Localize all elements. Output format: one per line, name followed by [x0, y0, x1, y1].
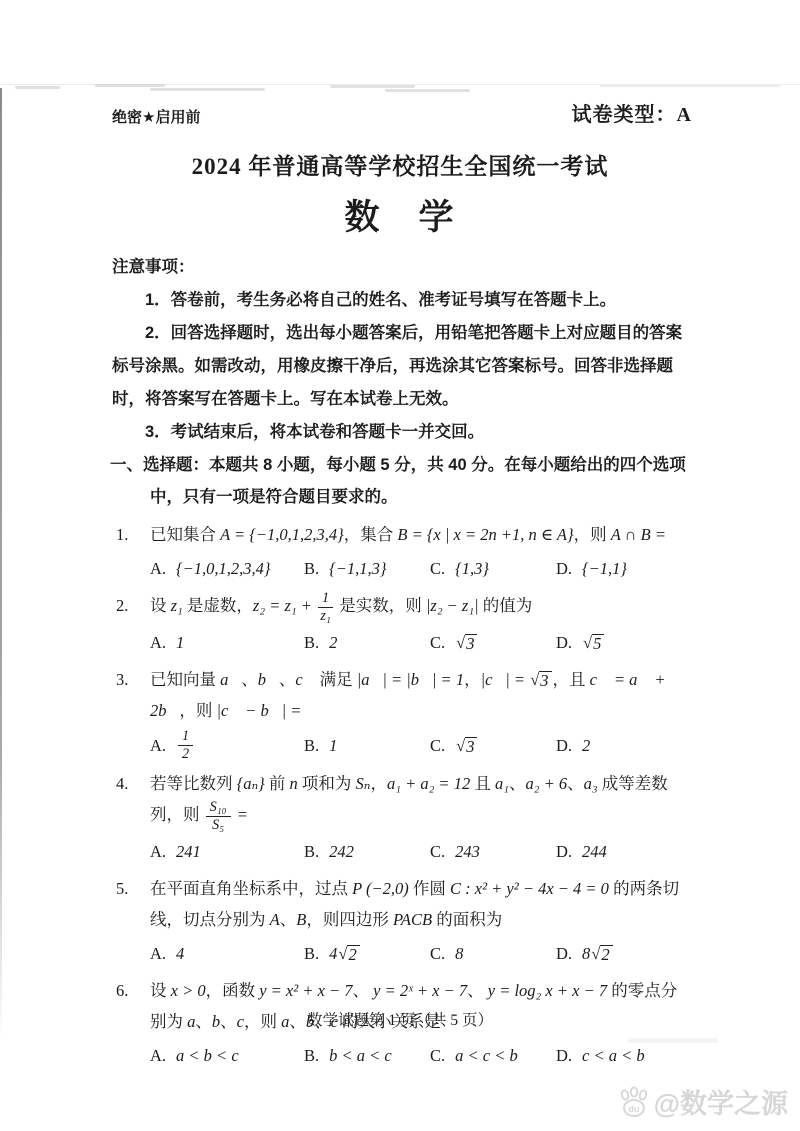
text-run: 、 — [241, 670, 258, 689]
math-run: a₁ — [495, 774, 509, 793]
paper-type-label: 试卷类型：A — [572, 98, 692, 127]
question-text: 已知集合 A = {−1,0,1,2,3,4}，集合 B = {x | x = … — [150, 519, 692, 550]
math-run: 1 — [329, 736, 337, 755]
option-content: 4 — [176, 938, 184, 969]
option-content: {−1,1} — [582, 553, 627, 584]
option: C. √3 — [430, 627, 556, 658]
option-content: 8 — [455, 938, 463, 969]
fraction: 12 — [178, 729, 193, 762]
question-options: A. a < b < c B. b < a < c C. a < c — [150, 1040, 692, 1071]
text-run: ， — [370, 774, 387, 793]
option: B. 4√2 — [304, 938, 430, 969]
option: B. 1 — [304, 730, 430, 761]
exam-title: 2024 年普通高等学校招生全国统一考试 — [0, 148, 800, 181]
option-label: C. — [430, 836, 445, 867]
radical-sign: √ — [338, 945, 347, 964]
question: 4. 若等比数列 {aₙ} 前 n 项和为 Sₙ，a₁ + a₂ = 12 且 … — [110, 768, 692, 867]
math-run: c < a < b — [582, 1046, 645, 1065]
option: A. 1 — [150, 627, 304, 658]
option: D. 244 — [556, 836, 692, 867]
scan-artifact — [385, 89, 470, 92]
math-run: 243 — [455, 842, 480, 861]
math-run: z₁ — [171, 596, 183, 615]
math-run: 241 — [176, 842, 201, 861]
text-run: 作圆 — [409, 879, 450, 898]
text-run: ，则 — [574, 525, 611, 544]
text-run: 设 — [150, 596, 171, 615]
text-run: 且 — [470, 774, 495, 793]
radical-sign: √ — [583, 634, 592, 653]
text-run: 已知向量 — [150, 670, 220, 689]
radical-sign: √ — [591, 945, 600, 964]
radical-content: 3 — [465, 634, 477, 654]
text-run: 的面积为 — [432, 910, 502, 929]
option: B. 242 — [304, 836, 430, 867]
option: C. {1,3} — [430, 553, 556, 584]
math-run: |z₂ − z₁| — [426, 596, 479, 615]
option-label: C. — [430, 1040, 445, 1071]
radical-content: 5 — [592, 634, 604, 654]
option-label: C. — [430, 730, 445, 761]
math-run: a < c < b — [455, 1046, 518, 1065]
math-run: B = {x | x = 2n +1, n ∈ A} — [397, 525, 573, 544]
text-run: 、 — [567, 774, 584, 793]
question-section: 一、选择题：本题共 8 小题，每小题 5 分，共 40 分。在每小题给出的四个选… — [110, 449, 692, 1071]
questions-list: 1. 已知集合 A = {−1,0,1,2,3,4}，集合 B = {x | x… — [110, 519, 692, 1071]
option-label: A. — [150, 553, 166, 584]
option: C. 8 — [430, 938, 556, 969]
option-label: D. — [556, 730, 572, 761]
text-run: 、 — [467, 981, 488, 1000]
math-run: A ∩ B = — [611, 525, 666, 544]
baidu-paw-icon: du — [617, 1086, 651, 1118]
question-text: 已知向量 a⃗、b⃗、c⃗ 满足 |a⃗| = |b⃗| = 1，|c⃗| = … — [150, 664, 692, 726]
option: D. {−1,1} — [556, 553, 692, 584]
notice-item: 3．考试结束后，将本试卷和答题卡一并交回。 — [112, 416, 690, 449]
option-content: √3 — [455, 627, 478, 658]
math-run: b⃗ — [258, 670, 279, 689]
question-number: 1. — [116, 519, 128, 550]
question: 2. 设 z₁ 是虚数，z₂ = z₁ + 1z₁ 是实数，则 |z₂ − z₁… — [110, 590, 692, 658]
option-content: 12 — [176, 729, 195, 763]
text-run: 是虚数， — [183, 596, 253, 615]
math-run: {−1,0,1,2,3,4} — [176, 559, 270, 578]
question-text: 若等比数列 {aₙ} 前 n 项和为 Sₙ，a₁ + a₂ = 12 且 a₁、… — [150, 768, 692, 833]
radical-sign: √ — [530, 671, 539, 690]
question-text: 设 z₁ 是虚数，z₂ = z₁ + 1z₁ 是实数，则 |z₂ − z₁| 的… — [150, 590, 692, 624]
notice-items: 1．答卷前，考生务必将自己的姓名、准考证号填写在答题卡上。 2．回答选择题时，选… — [112, 284, 690, 449]
math-run: b < a < c — [329, 1046, 392, 1065]
math-run: {−1,1,3} — [329, 559, 386, 578]
question-number: 4. — [116, 768, 128, 799]
scan-artifact — [95, 84, 165, 87]
math-run: P (−2,0) — [352, 879, 409, 898]
option: B. 2 — [304, 627, 430, 658]
text-run: 、 — [353, 981, 374, 1000]
option: A. 12 — [150, 729, 304, 763]
question-options: A. 241 B. 242 C. 243 — [150, 836, 692, 867]
option-label: D. — [556, 627, 572, 658]
radical-content: 3 — [465, 737, 477, 757]
option: D. 8√2 — [556, 938, 692, 969]
option-label: C. — [430, 938, 445, 969]
option-label: B. — [304, 1040, 319, 1071]
option-label: B. — [304, 938, 319, 969]
radical: √2 — [591, 945, 612, 965]
notice-item: 2．回答选择题时，选出每小题答案后，用铅笔把答题卡上对应题目的答案标号涂黑。如需… — [112, 317, 690, 416]
option: B. b < a < c — [304, 1040, 430, 1071]
text-run: ，集合 — [344, 525, 398, 544]
option-content: b < a < c — [329, 1040, 392, 1071]
fraction: 1z₁ — [318, 591, 333, 624]
option: A. {−1,0,1,2,3,4} — [150, 553, 304, 584]
math-run: z₂ = z₁ + — [253, 596, 316, 615]
math-run: 2 — [329, 633, 337, 652]
option-content: a < b < c — [176, 1040, 239, 1071]
notice-heading: 注意事项： — [112, 251, 690, 284]
math-run: B — [296, 910, 306, 929]
exam-paper-page: 绝密★启用前 试卷类型：A 2024 年普通高等学校招生全国统一考试 数 学 注… — [0, 0, 800, 1131]
option-label: D. — [556, 553, 572, 584]
math-run: C : x² + y² − 4x − 4 = 0 — [450, 879, 609, 898]
option-content: 1 — [176, 627, 184, 658]
option-content: 241 — [176, 836, 201, 867]
option: C. a < c < b — [430, 1040, 556, 1071]
option-label: A. — [150, 836, 166, 867]
option-label: B. — [304, 553, 319, 584]
math-run: a₃ — [584, 774, 598, 793]
option-content: 244 — [582, 836, 607, 867]
math-run: c⃗ — [295, 670, 315, 689]
subject-title: 数 学 — [0, 190, 800, 240]
option-content: {−1,1,3} — [329, 553, 386, 584]
text-run: ，且 — [553, 670, 590, 689]
scan-artifact — [600, 85, 780, 87]
math-run: y = 2ˣ + x − 7 — [373, 981, 467, 1000]
option-content: 2 — [329, 627, 337, 658]
option-content: c < a < b — [582, 1040, 645, 1071]
option-label: A. — [150, 730, 166, 761]
option-label: C. — [430, 553, 445, 584]
radical: √2 — [338, 945, 359, 965]
math-run: 242 — [329, 842, 354, 861]
text-run: ，函数 — [206, 981, 260, 1000]
math-run: 244 — [582, 842, 607, 861]
option: A. 241 — [150, 836, 304, 867]
scan-artifact — [15, 86, 60, 89]
option-content: 4√2 — [329, 938, 361, 969]
math-run: n — [290, 774, 298, 793]
question: 5. 在平面直角坐标系中，过点 P (−2,0) 作圆 C : x² + y² … — [110, 873, 692, 969]
option: B. {−1,1,3} — [304, 553, 430, 584]
option: C. 243 — [430, 836, 556, 867]
text-run: 在平面直角坐标系中，过点 — [150, 879, 352, 898]
scan-artifact — [150, 88, 265, 91]
text-run: 是实数，则 — [335, 596, 426, 615]
option: A. a < b < c — [150, 1040, 304, 1071]
question: 3. 已知向量 a⃗、b⃗、c⃗ 满足 |a⃗| = |b⃗| = 1，|c⃗|… — [110, 664, 692, 763]
option: A. 4 — [150, 938, 304, 969]
text-run: 项和为 — [298, 774, 356, 793]
math-run: {1,3} — [455, 559, 489, 578]
question-number: 2. — [116, 590, 128, 621]
fraction-denominator: S₅ — [206, 817, 231, 833]
option-label: D. — [556, 938, 572, 969]
question-options: A. 1 B. 2 C. √3 — [150, 627, 692, 658]
math-run: a < b < c — [176, 1046, 239, 1065]
option-label: A. — [150, 1040, 166, 1071]
fraction: S₁₀S₅ — [206, 800, 231, 833]
text-run: 若等比数列 — [150, 774, 237, 793]
math-run: x > 0 — [171, 981, 206, 1000]
radical-content: 2 — [600, 945, 612, 965]
text-run: 前 — [265, 774, 290, 793]
question-options: A. {−1,0,1,2,3,4} B. {−1,1,3} C. { — [150, 553, 692, 584]
math-run: 4 — [329, 944, 337, 963]
option-label: D. — [556, 836, 572, 867]
question-text: 在平面直角坐标系中，过点 P (−2,0) 作圆 C : x² + y² − 4… — [150, 873, 692, 935]
option-label: B. — [304, 627, 319, 658]
math-run: 2 — [582, 736, 590, 755]
text-run: 设 — [150, 981, 171, 1000]
option: D. √5 — [556, 627, 692, 658]
fraction-denominator: z₁ — [318, 608, 333, 624]
option-label: B. — [304, 730, 319, 761]
option-label: D. — [556, 1040, 572, 1071]
radical-content: 2 — [347, 945, 359, 965]
text-run: 、 — [279, 670, 296, 689]
radical-sign: √ — [456, 737, 465, 756]
text-run: 、 — [509, 774, 526, 793]
question-number: 6. — [116, 975, 128, 1006]
page-header: 绝密★启用前 试卷类型：A — [112, 98, 692, 127]
option-content: {1,3} — [455, 553, 489, 584]
math-run: a₂ + 6 — [525, 774, 567, 793]
scan-artifact — [330, 85, 415, 88]
math-run: |a⃗| = |b⃗| = 1 — [357, 670, 464, 689]
math-run: = — [233, 805, 248, 824]
page-footer: 数学试题第 1 页（共 5 页） — [0, 1008, 800, 1030]
math-run: a⃗ — [220, 670, 241, 689]
option-content: 1 — [329, 730, 337, 761]
text-run: 已知集合 — [150, 525, 220, 544]
text-run: 、 — [280, 910, 297, 929]
option-content: 242 — [329, 836, 354, 867]
option: D. c < a < b — [556, 1040, 692, 1071]
radical: √5 — [583, 634, 604, 654]
text-run: 满足 — [315, 670, 356, 689]
watermark-text: @数学之源 — [654, 1082, 788, 1121]
option-content: √3 — [455, 730, 478, 761]
text-run: ，则四边形 — [306, 910, 393, 929]
option: D. 2 — [556, 730, 692, 761]
question-options: A. 4 B. 4√2 C. 8 — [150, 938, 692, 969]
math-run: y = x² + x − 7 — [259, 981, 352, 1000]
option-label: A. — [150, 627, 166, 658]
option-content: a < c < b — [455, 1040, 518, 1071]
option-content: 2 — [582, 730, 590, 761]
math-run: |c⃗| = — [481, 670, 530, 689]
math-run: a₁ + a₂ = 12 — [387, 774, 470, 793]
math-run: A — [270, 910, 280, 929]
question-number: 3. — [116, 664, 128, 695]
fraction-numerator: 1 — [318, 591, 333, 608]
fraction-numerator: S₁₀ — [206, 800, 231, 817]
radical: √3 — [456, 737, 477, 757]
notice-block: 注意事项： 1．答卷前，考生务必将自己的姓名、准考证号填写在答题卡上。 2．回答… — [112, 251, 690, 449]
text-run: ， — [464, 670, 481, 689]
math-run: 4 — [176, 944, 184, 963]
option-label: C. — [430, 627, 445, 658]
radical: √3 — [456, 634, 477, 654]
option-label: B. — [304, 836, 319, 867]
option-content: 243 — [455, 836, 480, 867]
text-run: ，则 — [179, 701, 216, 720]
radical: √3 — [530, 671, 551, 691]
notice-item: 1．答卷前，考生务必将自己的姓名、准考证号填写在答题卡上。 — [112, 284, 690, 317]
option-label: A. — [150, 938, 166, 969]
option-content: {−1,0,1,2,3,4} — [176, 553, 270, 584]
question: 1. 已知集合 A = {−1,0,1,2,3,4}，集合 B = {x | x… — [110, 519, 692, 584]
watermark: du @数学之源 — [617, 1082, 788, 1121]
option: C. √3 — [430, 730, 556, 761]
math-run: |c⃗ − b⃗| = — [216, 701, 301, 720]
section-heading: 一、选择题：本题共 8 小题，每小题 5 分，共 40 分。在每小题给出的四个选… — [110, 449, 692, 513]
text-run: 的值为 — [479, 596, 533, 615]
math-run: 8 — [582, 944, 590, 963]
question-number: 5. — [116, 873, 128, 904]
math-run: y = log₂ x + x − 7 — [488, 981, 607, 1000]
math-run: Sₙ — [356, 774, 371, 793]
question-options: A. 12 B. 1 C. √3 — [150, 729, 692, 763]
math-run: 1 — [176, 633, 184, 652]
fraction-denominator: 2 — [178, 746, 193, 762]
radical-sign: √ — [456, 634, 465, 653]
svg-text:du: du — [628, 1104, 639, 1114]
math-run: {−1,1} — [582, 559, 627, 578]
math-run: A = {−1,0,1,2,3,4} — [220, 525, 344, 544]
fraction-numerator: 1 — [178, 729, 193, 746]
math-run: PACB — [393, 910, 432, 929]
option-content: 8√2 — [582, 938, 614, 969]
radical-content: 3 — [539, 671, 551, 691]
option-content: √5 — [582, 627, 605, 658]
math-run: 8 — [455, 944, 463, 963]
math-run: {aₙ} — [237, 774, 265, 793]
secrecy-label: 绝密★启用前 — [112, 106, 200, 127]
